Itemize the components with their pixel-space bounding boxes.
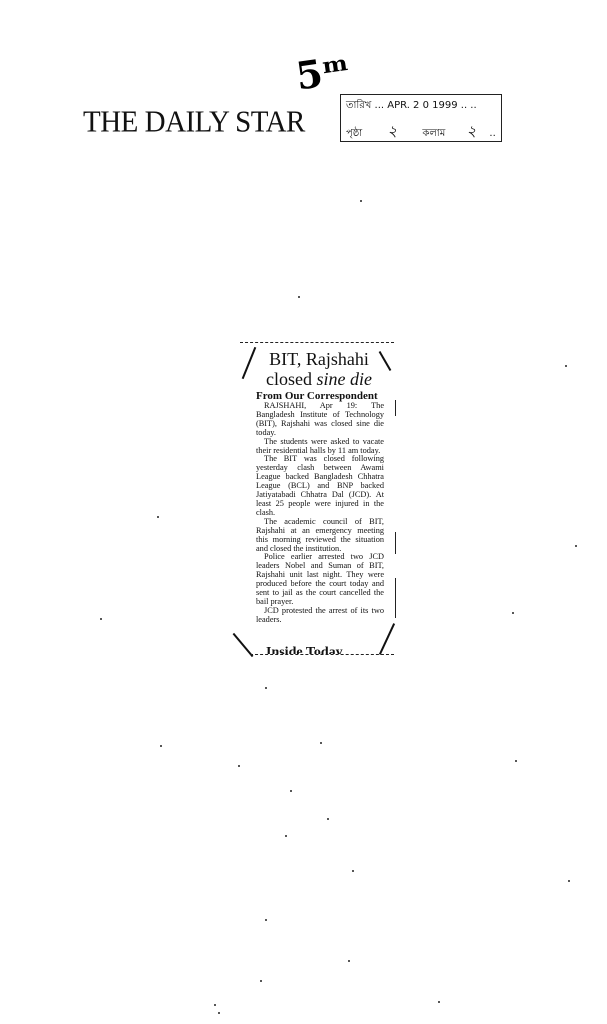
scan-speck xyxy=(214,1004,216,1006)
news-clipping: BIT, Rajshahi closed sine die From Our C… xyxy=(240,342,394,656)
scan-speck xyxy=(265,919,267,921)
article-body: RAJSHAHI, Apr 19: The Bangladesh Institu… xyxy=(256,402,384,625)
clip-cut-edge-top xyxy=(240,342,394,343)
scan-speck xyxy=(568,880,570,882)
archive-stamp: তারিখ ... APR. 2 0 1999 .. .. পৃষ্ঠা ২ ক… xyxy=(340,94,502,142)
scan-speck xyxy=(265,687,267,689)
headline-line-2: closed sine die xyxy=(260,369,378,389)
stamp-page-value: ২ xyxy=(387,122,397,140)
clip-edge-mark xyxy=(395,532,397,554)
scan-speck xyxy=(438,1001,440,1003)
scan-speck xyxy=(290,790,292,792)
article-paragraph: Police earlier arrested two JCD leaders … xyxy=(256,553,384,606)
clip-edge-mark xyxy=(395,578,397,618)
handwritten-page-mark: 5ᵐ xyxy=(293,46,353,98)
scan-speck xyxy=(298,296,300,298)
clip-mark-bottom-right xyxy=(379,623,395,655)
stamp-date-value: APR. 2 0 1999 .. .. xyxy=(387,100,476,111)
scan-speck xyxy=(515,760,517,762)
scan-speck xyxy=(348,960,350,962)
scan-speck xyxy=(218,1012,220,1014)
stamp-column-value: ২ xyxy=(466,122,476,140)
article-paragraph: The students were asked to vacate their … xyxy=(256,438,384,456)
stamp-date-row: তারিখ ... APR. 2 0 1999 .. .. xyxy=(346,98,477,115)
scan-speck xyxy=(512,612,514,614)
stamp-date-label: তারিখ ... xyxy=(346,100,384,111)
scan-speck xyxy=(100,618,102,620)
article-headline: BIT, Rajshahi closed sine die xyxy=(260,349,378,389)
scan-speck xyxy=(160,745,162,747)
clip-edge-mark xyxy=(395,400,397,416)
scan-speck xyxy=(575,545,577,547)
article-paragraph: JCD protested the arrest of its two lead… xyxy=(256,607,384,625)
clip-mark-left xyxy=(242,347,257,379)
clip-cut-edge-bottom xyxy=(250,654,394,655)
clip-mark-right xyxy=(379,351,392,371)
scan-speck xyxy=(260,980,262,982)
newspaper-masthead: THE DAILY STAR xyxy=(83,105,305,140)
stamp-page-row: পৃষ্ঠা ২ কলাম ২ .. xyxy=(346,120,496,145)
scan-speck xyxy=(238,765,240,767)
stamp-page-label: পৃষ্ঠা xyxy=(346,128,362,139)
article-paragraph: The BIT was closed following yesterday c… xyxy=(256,455,384,517)
scan-speck xyxy=(285,835,287,837)
cutoff-section-header: Inside Today xyxy=(266,644,366,654)
headline-line-1: BIT, Rajshahi xyxy=(260,349,378,369)
scan-speck xyxy=(157,516,159,518)
stamp-column-label: কলাম xyxy=(422,128,445,139)
article-paragraph: RAJSHAHI, Apr 19: The Bangladesh Institu… xyxy=(256,402,384,438)
article-paragraph: The academic council of BIT, Rajshahi at… xyxy=(256,518,384,554)
scan-speck xyxy=(360,200,362,202)
scan-speck xyxy=(327,818,329,820)
scan-speck xyxy=(320,742,322,744)
scan-speck xyxy=(352,870,354,872)
stamp-trail: .. xyxy=(489,128,495,139)
scan-speck xyxy=(565,365,567,367)
